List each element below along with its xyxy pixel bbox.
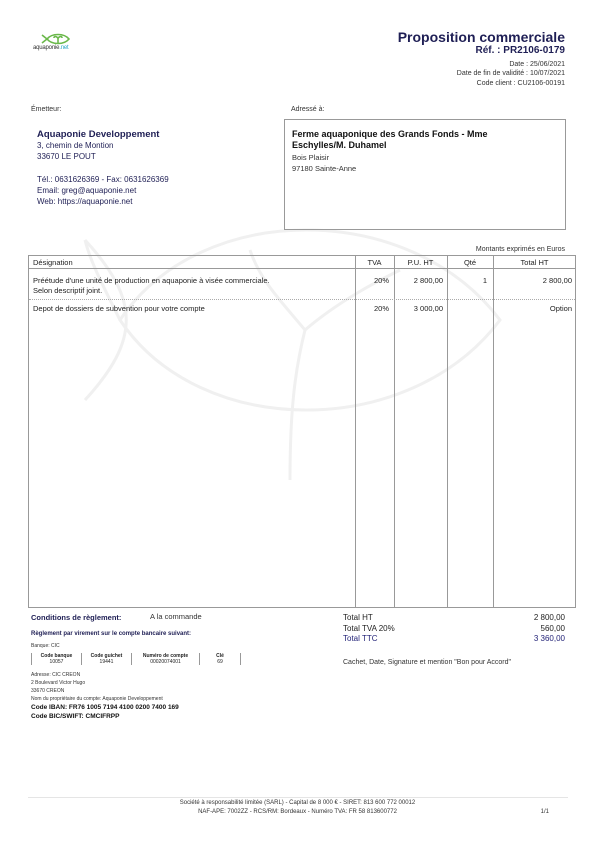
header-pu-ht: P.U. HT — [394, 257, 447, 269]
sender-address1: 3, chemin de Montion — [37, 141, 114, 150]
row-pu-ht: 2 800,00 — [394, 276, 443, 286]
bic: Code BIC/SWIFT: CMCIFRPP — [31, 713, 119, 720]
bank-address2: 33670 CREON — [31, 688, 64, 694]
bank-code-col: Code banque 10057 — [31, 653, 81, 665]
page-number: 1/1 — [541, 809, 549, 815]
validity-date: Date de fin de validité : 10/07/2021 — [457, 70, 565, 77]
account-owner: Nom du propriétaire du compte: Aquaponie… — [31, 696, 163, 702]
iban: Code IBAN: FR76 1005 7194 4100 0200 7400… — [31, 704, 179, 711]
payment-conditions-label: Conditions de règlement: — [31, 613, 121, 622]
items-table: Désignation TVA P.U. HT Qté Total HT Pré… — [28, 255, 576, 608]
account-number-value: 00020074001 — [134, 659, 197, 665]
bank-code-value: 10057 — [34, 659, 79, 665]
payment-conditions-value: A la commande — [150, 612, 202, 621]
table-row: Préétude d'une unité de production en aq… — [33, 276, 351, 296]
col-divider — [447, 256, 448, 607]
total-ht-label: Total HT — [343, 613, 373, 622]
recipient-address1: Bois Plaisir — [292, 153, 329, 162]
document-ref: Réf. : PR2106-0179 — [476, 45, 566, 56]
footer-legal-line1: Société à responsabilité limitée (SARL) … — [0, 800, 595, 806]
total-tva-value: 560,00 — [541, 624, 565, 633]
fish-leaf-logo-icon — [30, 30, 90, 56]
table-row: Depot de dossiers de subvention pour vot… — [33, 304, 351, 314]
bank-name: Banque: CIC — [31, 643, 60, 649]
total-ht-value: 2 800,00 — [534, 613, 565, 622]
row-pu-ht: 3 000,00 — [394, 304, 443, 314]
row-qty: 1 — [447, 276, 487, 286]
sender-email[interactable]: Email: greg@aquaponie.net — [37, 186, 136, 195]
row-total-ht: 2 800,00 — [493, 276, 572, 286]
account-number-col: Numéro de compte 00020074001 — [131, 653, 199, 665]
row-designation-detail: Selon descriptif joint. — [33, 286, 351, 296]
transfer-label: Règlement par virement sur le compte ban… — [31, 631, 191, 637]
key-value: 69 — [202, 659, 238, 665]
sender-web[interactable]: Web: https://aquaponie.net — [37, 197, 132, 206]
row-total-ht: Option — [493, 304, 572, 314]
recipient-label: Adressé à: — [291, 106, 324, 113]
signature-note: Cachet, Date, Signature et mention "Bon … — [343, 659, 511, 666]
logo-text: aquaponie.net — [33, 45, 68, 51]
footer-legal-line2: NAF-APE: 7002ZZ - RCS/RM: Bordeaux - Num… — [0, 809, 595, 815]
header-designation: Désignation — [33, 257, 73, 269]
row-tva: 20% — [355, 304, 389, 314]
row-designation: Depot de dossiers de subvention pour vot… — [33, 304, 351, 314]
client-code: Code client : CU2106-00191 — [477, 80, 565, 87]
row-divider — [29, 299, 575, 300]
sender-phone-fax: Tél.: 0631626369 - Fax: 0631626369 — [37, 175, 169, 184]
total-ttc-label: Total TTC — [343, 634, 378, 643]
key-col: Clé 69 — [199, 653, 241, 665]
recipient-address2: 97180 Sainte-Anne — [292, 164, 356, 173]
bank-details-table: Code banque 10057 Code guichet 19441 Num… — [31, 653, 241, 665]
bank-address-label: Adresse: CIC CREON — [31, 672, 80, 678]
header-tva: TVA — [355, 257, 394, 269]
row-tva: 20% — [355, 276, 389, 286]
sender-label: Émetteur: — [31, 106, 61, 113]
row-designation: Préétude d'une unité de production en aq… — [33, 276, 351, 286]
total-ttc-value: 3 360,00 — [534, 634, 565, 643]
total-tva-label: Total TVA 20% — [343, 624, 395, 633]
branch-code-value: 19441 — [84, 659, 129, 665]
branch-code-col: Code guichet 19441 — [81, 653, 131, 665]
document-title: Proposition commerciale — [398, 29, 565, 45]
header-total-ht: Total HT — [493, 257, 576, 269]
header-qty: Qté — [447, 257, 493, 269]
bank-address1: 2 Boulevard Victor Hugo — [31, 680, 85, 686]
recipient-name-line2: Eschylles/M. Duhamel — [292, 140, 562, 151]
recipient-name-line1: Ferme aquaponique des Grands Fonds - Mme — [292, 129, 562, 140]
recipient-name: Ferme aquaponique des Grands Fonds - Mme… — [292, 129, 562, 151]
footer-divider — [28, 797, 568, 798]
sender-address2: 33670 LE POUT — [37, 152, 96, 161]
sender-name: Aquaponie Developpement — [37, 129, 159, 140]
currency-note: Montants exprimés en Euros — [476, 246, 565, 253]
document-date: Date : 25/06/2021 — [509, 61, 565, 68]
